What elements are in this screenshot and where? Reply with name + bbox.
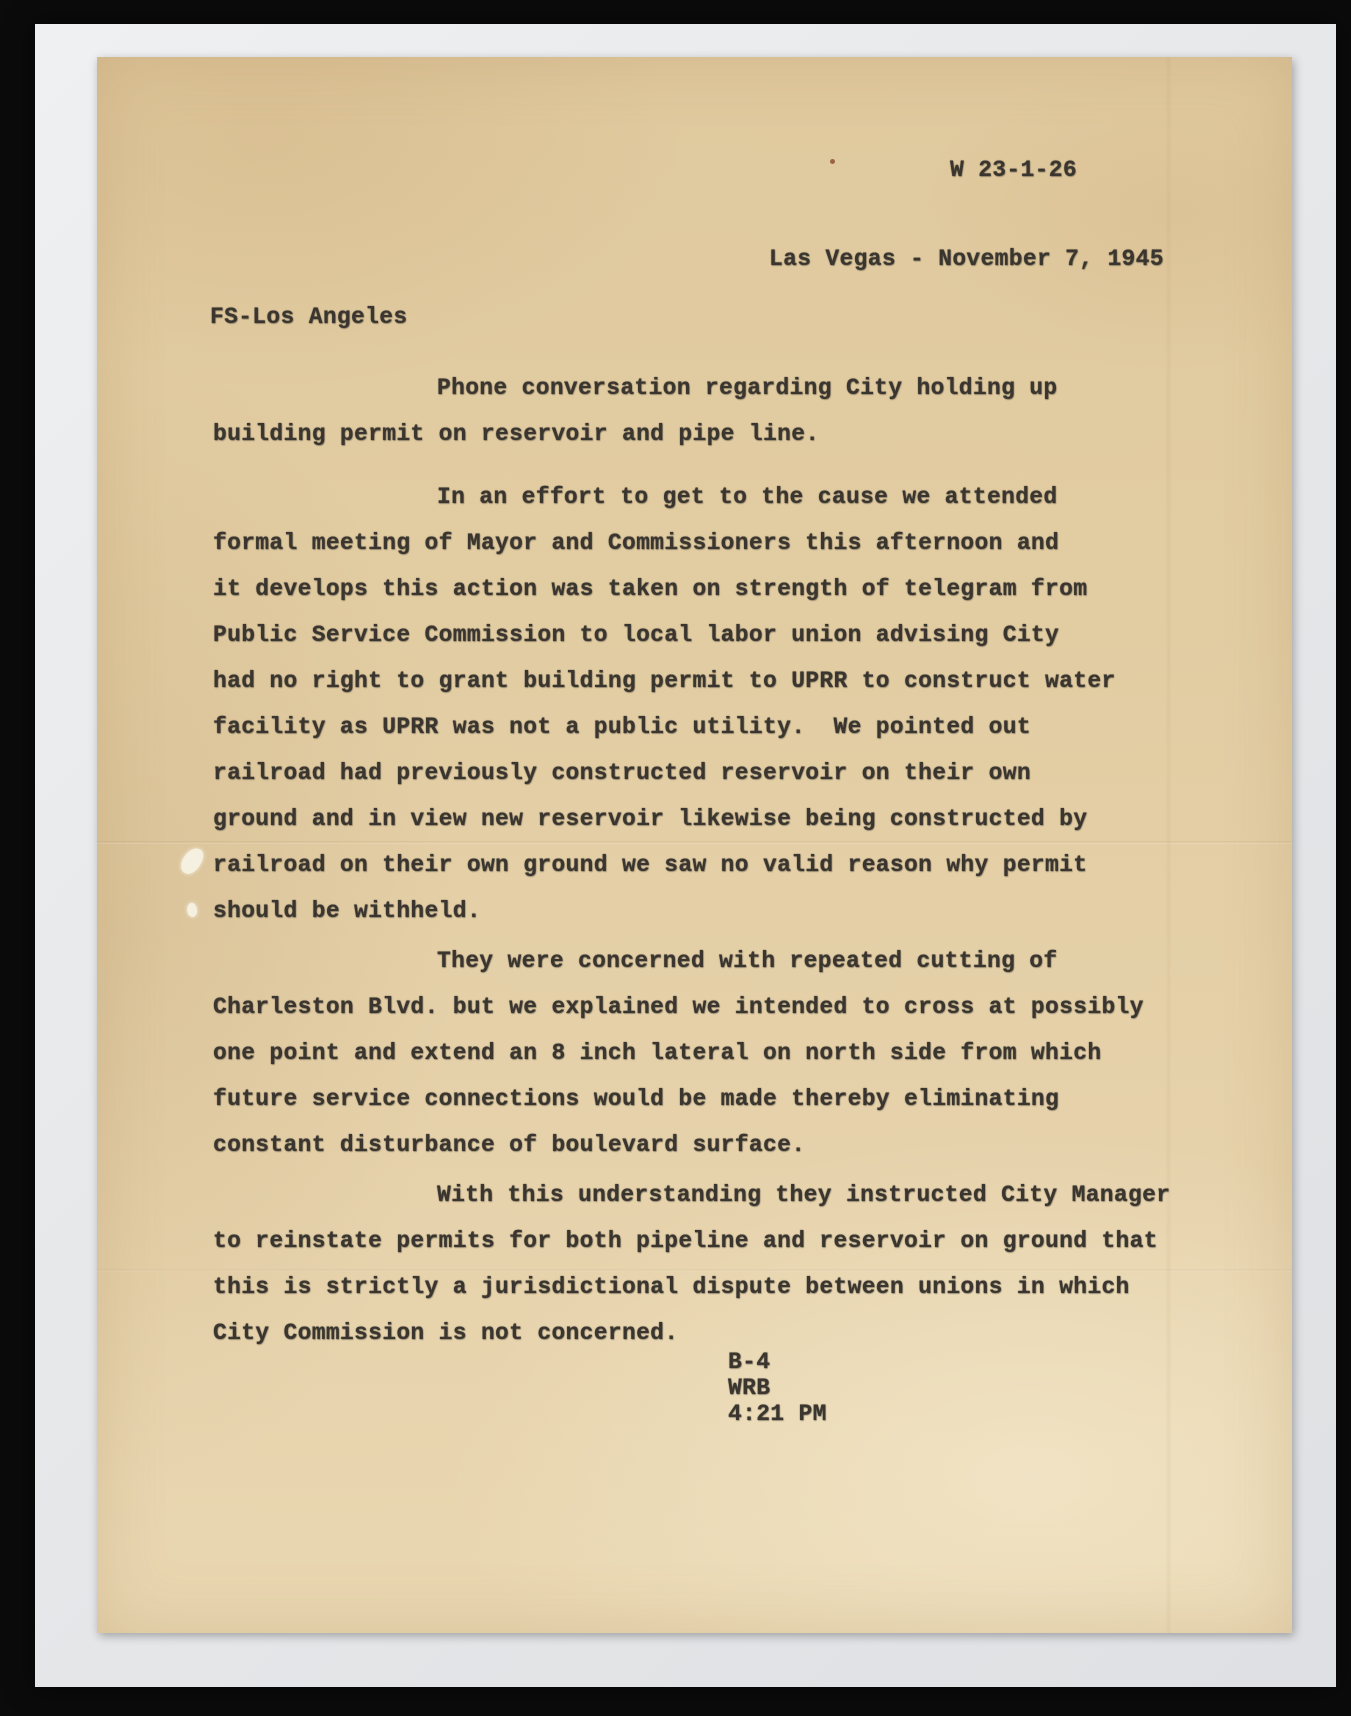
dateline: Las Vegas - November 7, 1945: [769, 246, 1164, 272]
paragraph-2: In an effort to get to the cause we atte…: [213, 474, 1275, 934]
letter-body: Phone conversation regarding City holdin…: [213, 365, 1275, 1360]
file-reference: W 23-1-26: [950, 157, 1077, 183]
letter-paper: W 23-1-26 Las Vegas - November 7, 1945 F…: [97, 57, 1292, 1633]
footer-time: 4:21 PM: [728, 1401, 827, 1427]
scan-background: W 23-1-26 Las Vegas - November 7, 1945 F…: [0, 0, 1351, 1716]
paragraph-1: Phone conversation regarding City holdin…: [213, 365, 1275, 457]
letter-footer: B-4 WRB 4:21 PM: [728, 1349, 827, 1427]
addressee: FS-Los Angeles: [210, 304, 407, 330]
photo-mat: W 23-1-26 Las Vegas - November 7, 1945 F…: [35, 24, 1336, 1687]
paper-blemish: [185, 902, 198, 918]
paper-speck: [830, 159, 835, 164]
footer-initials: WRB: [728, 1375, 827, 1401]
paragraph-4: With this understanding they instructed …: [213, 1172, 1275, 1356]
paper-blemish: [177, 844, 206, 877]
paragraph-3: They were concerned with repeated cuttin…: [213, 938, 1275, 1168]
footer-reference: B-4: [728, 1349, 827, 1375]
